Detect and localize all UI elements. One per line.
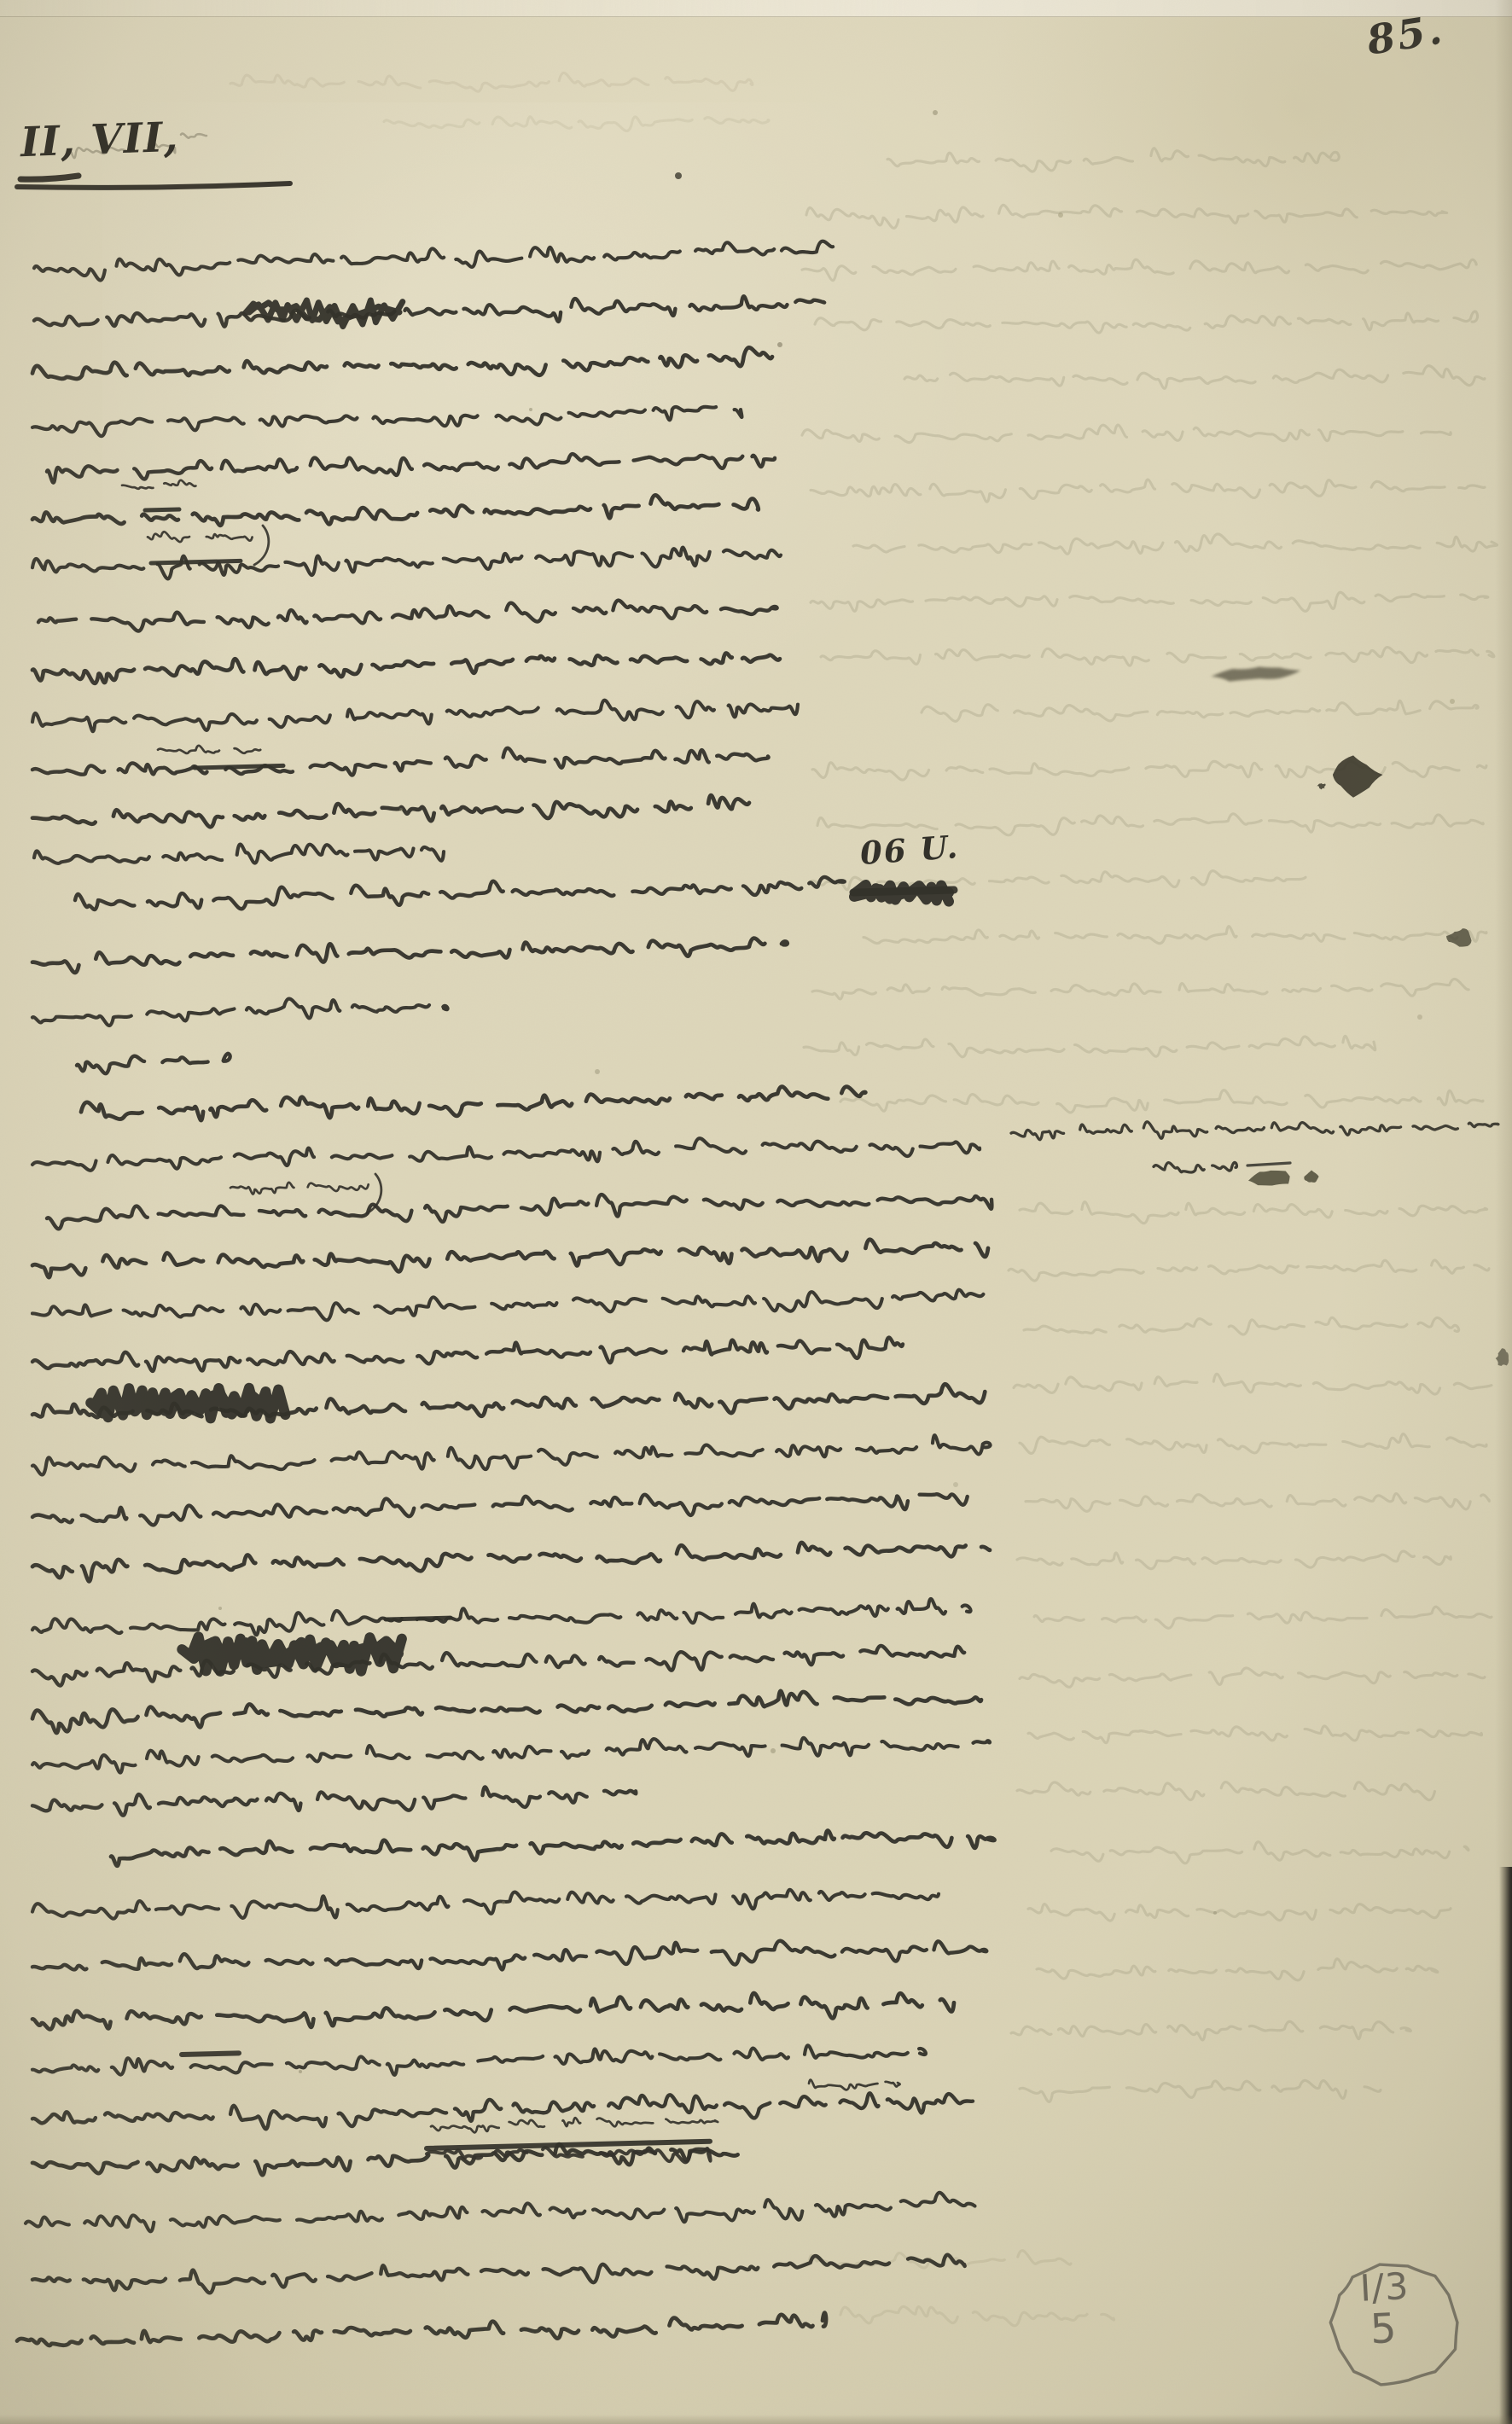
archive-stamp: I/3 5 — [1335, 2267, 1450, 2352]
page-bottom-edge — [0, 2415, 1512, 2424]
stamp-line-1: I/3 — [1335, 2267, 1447, 2310]
chapter-heading: II, VII, — [20, 113, 179, 166]
handwriting-layer — [0, 0, 1512, 2424]
manuscript-page: 85. II, VII, 06 U. I/3 5 — [0, 0, 1512, 2424]
stamp-line-2: 5 — [1336, 2305, 1449, 2352]
page-right-edge — [1499, 1867, 1512, 2424]
interline-date-note: 06 U. — [859, 828, 961, 872]
